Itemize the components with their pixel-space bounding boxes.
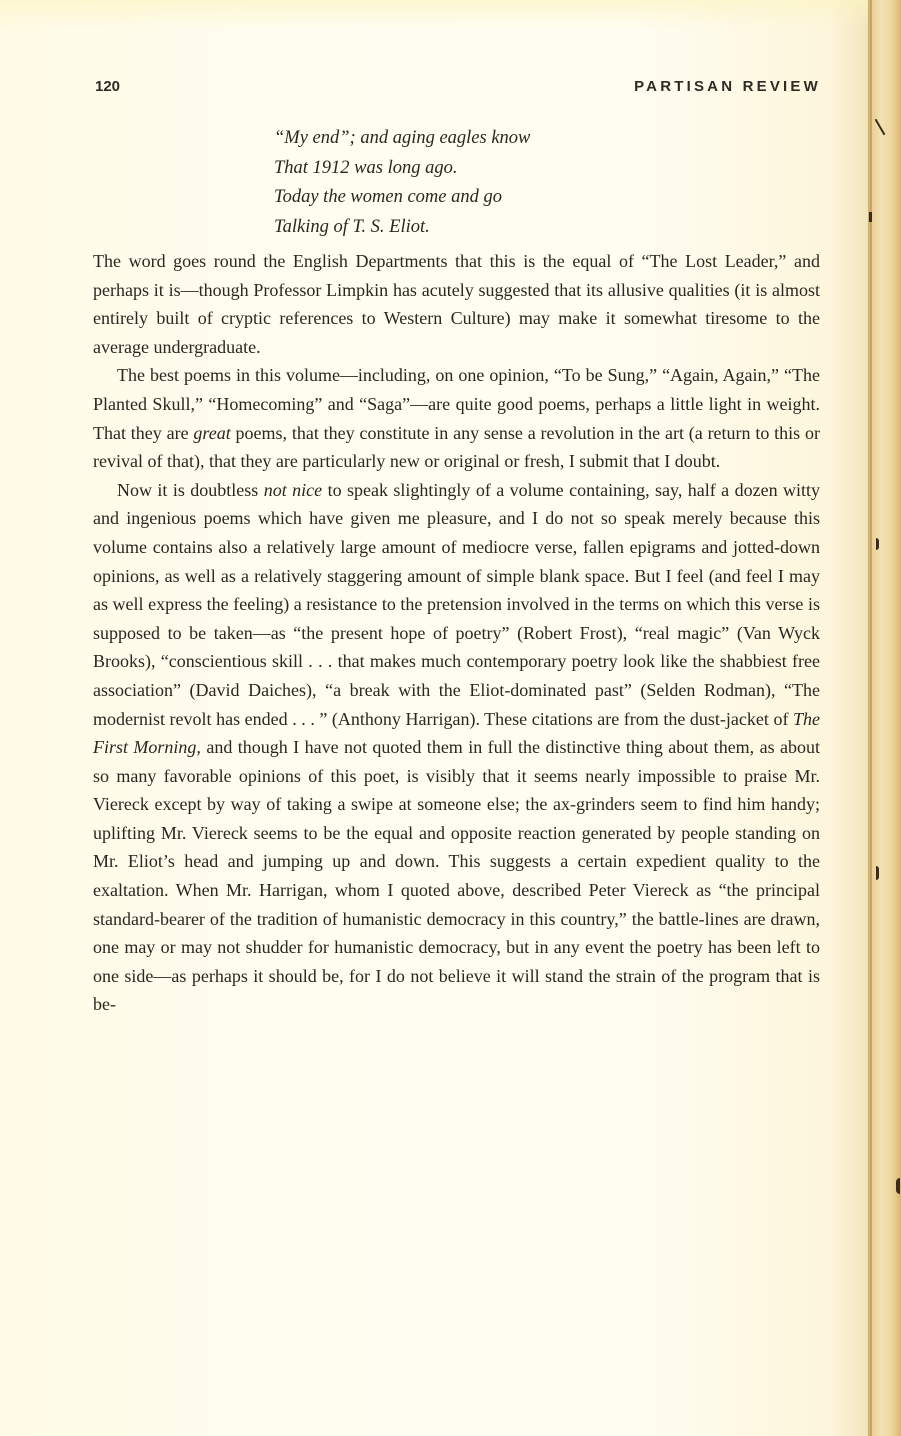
edge-speck [876, 866, 879, 880]
text-run: and though I have not quoted them in ful… [93, 737, 820, 1014]
text-run: The word goes round the English Departme… [93, 251, 820, 357]
edge-speck [896, 1178, 900, 1194]
verse-line: Talking of T. S. Eliot. [274, 213, 530, 243]
paragraph: The word goes round the English Departme… [93, 247, 820, 361]
edge-speck [869, 212, 872, 222]
verse-quote: “My end”; and aging eagles know That 191… [274, 124, 530, 242]
verse-line: “My end”; and aging eagles know [274, 124, 530, 154]
text-run: to speak slightingly of a volume con­tai… [93, 480, 820, 729]
page-number: 120 [95, 78, 120, 95]
verse-line: Today the women come and go [274, 183, 530, 213]
running-title: PARTISAN REVIEW [634, 78, 821, 95]
paragraph: Now it is doubtless not nice to speak sl… [93, 476, 820, 1019]
page-header: 120 PARTISAN REVIEW [95, 78, 821, 98]
verse-line: That 1912 was long ago. [274, 154, 530, 184]
body-text: The word goes round the English Departme… [93, 247, 820, 1019]
page-edge [868, 0, 901, 1436]
paper-tint [0, 0, 901, 30]
edge-speck [876, 538, 879, 550]
emphasis: not nice [264, 480, 322, 500]
emphasis: great [193, 423, 230, 443]
paragraph: The best poems in this volume—including,… [93, 361, 820, 475]
text-run: Now it is doubtless [117, 480, 264, 500]
